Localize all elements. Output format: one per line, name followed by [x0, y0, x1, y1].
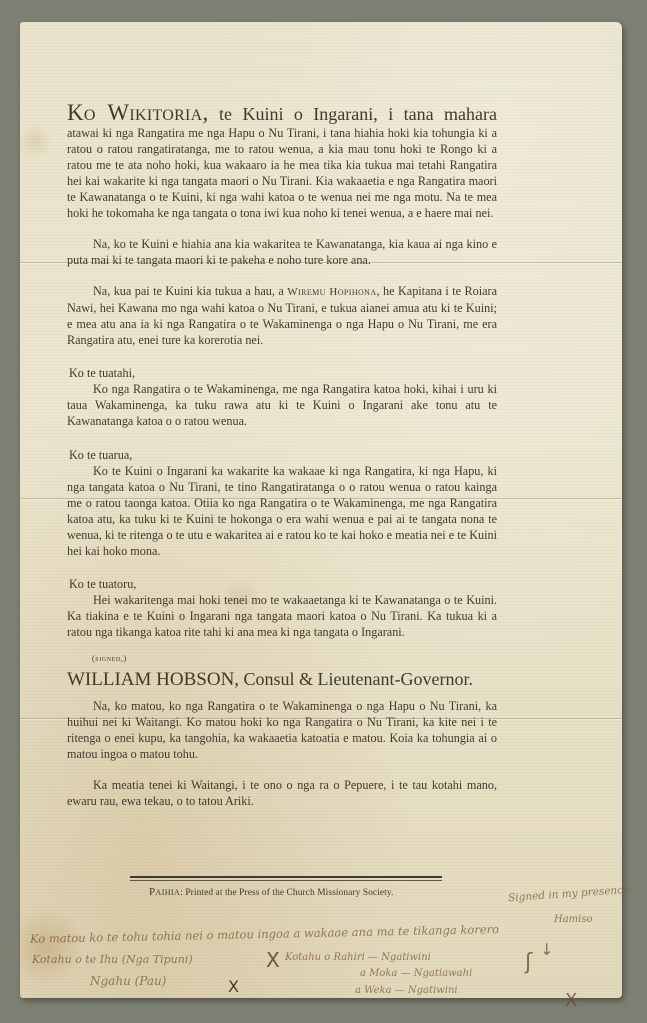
handwritten-name-1: Kotahu o Rahiri — Ngatiwini — [285, 952, 431, 963]
paper-stain — [10, 902, 80, 992]
article-3-heading: Ko te tuatoru, — [67, 576, 497, 592]
preamble-paragraph: atawai ki nga Rangatira me nga Hapu o Nu… — [67, 125, 497, 222]
signature-line: WILLIAM HOBSON, Consul & Lieutenant-Gove… — [67, 667, 497, 692]
witness-note: Signed in my presence — [508, 884, 630, 904]
double-rule — [130, 876, 442, 878]
signatory-mark-x: X — [228, 977, 239, 996]
signatory-mark-x: X — [266, 948, 280, 972]
handwritten-name-2: a Moka — Ngatiawahi — [360, 968, 472, 979]
paper-stain — [20, 122, 50, 162]
double-rule-thin — [130, 880, 442, 881]
closing-paragraph-2: Ka meatia tenei ki Waitangi, i te ono o … — [67, 777, 497, 809]
hobson-name-smallcaps: Wiremu Hopihona — [287, 286, 376, 298]
moko-mark-icon: ʃ — [525, 950, 532, 975]
imprint-text: : Printed at the Press of the Church Mis… — [180, 888, 393, 898]
handwritten-line-2: Kotahu o te Ihu (Nga Tipuni) — [32, 953, 193, 966]
printer-imprint: Paihia: Printed at the Press of the Chur… — [149, 886, 393, 898]
signatory-mark-x: X — [565, 990, 577, 1011]
imprint-place: Paihia — [149, 886, 180, 898]
article-1-heading: Ko te tuatahi, — [67, 365, 497, 381]
document-body: Ko Wikitoria, te Kuini o Ingarani, i tan… — [67, 102, 497, 809]
signatory-name: WILLIAM HOBSON, — [67, 669, 239, 690]
arrow-mark-icon: ↓ — [540, 940, 553, 959]
queen-name: Ko Wikitoria, — [67, 100, 209, 125]
proclamation-title: Ko Wikitoria, te Kuini o Ingarani, i tan… — [67, 102, 497, 125]
handwritten-name-3: a Weka — Ngatiwini — [355, 985, 458, 996]
treaty-document-page: Ko Wikitoria, te Kuini o Ingarani, i tan… — [20, 22, 622, 998]
signed-label: (Signed,) — [92, 651, 497, 667]
hobson-paragraph: Na, kua pai te Kuini kia tukua a hau, a … — [67, 283, 497, 348]
second-paragraph: Na, ko te Kuini e hiahia ana kia wakarit… — [67, 236, 497, 268]
title-rest: te Kuini o Ingarani, i tana mahara — [209, 104, 497, 124]
article-1-text: Ko nga Rangatira o te Wakaminenga, me ng… — [67, 381, 497, 429]
handwritten-line-1: Ko matou ko te tohu tohia nei o matou in… — [30, 922, 499, 946]
handwritten-line-3: Ngahu (Pau) — [90, 974, 166, 988]
closing-paragraph-1: Na, ko matou, ko nga Rangatira o te Waka… — [67, 698, 497, 762]
signatory-title: Consul & Lieutenant-Governor. — [239, 669, 473, 689]
article-2-text: Ko te Kuini o Ingarani ka wakarite ka wa… — [67, 463, 497, 560]
article-2-heading: Ko te tuarua, — [67, 447, 497, 463]
article-3-text: Hei wakaritenga mai hoki tenei mo te wak… — [67, 592, 497, 640]
witness-name: Hamiso — [554, 914, 593, 925]
